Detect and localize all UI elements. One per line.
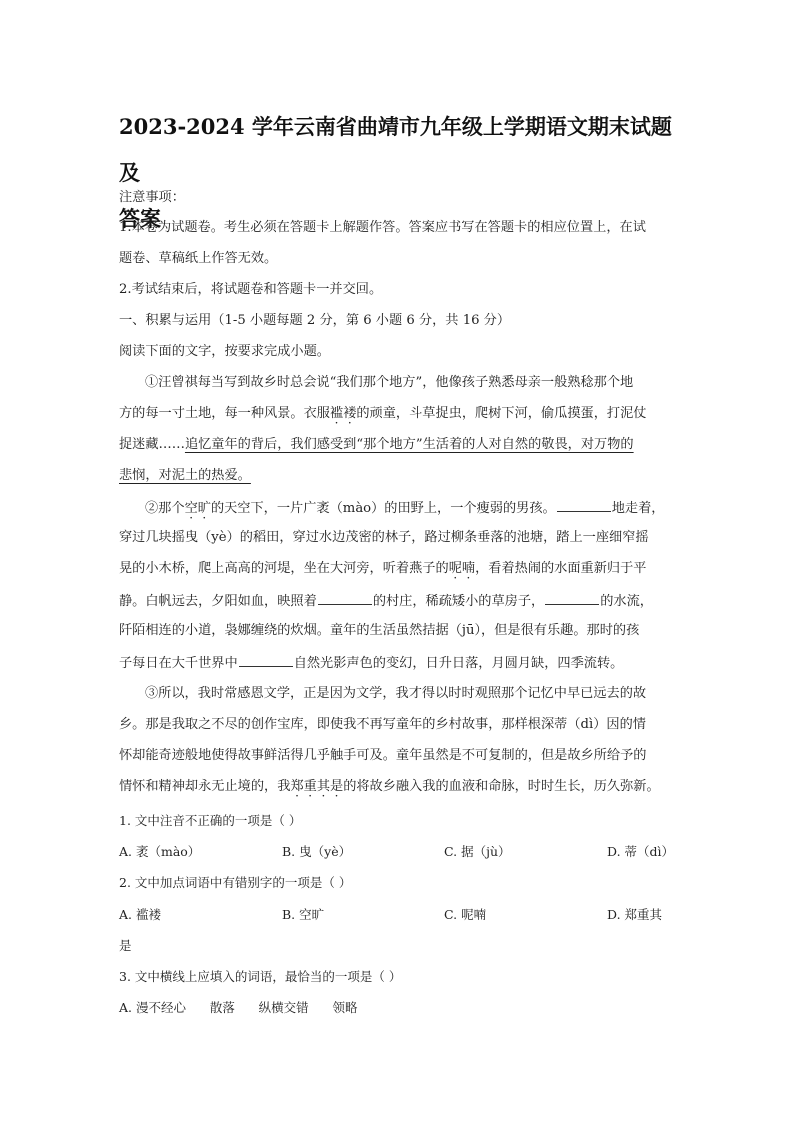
- text-span: 子每日在大千世界中: [119, 656, 238, 671]
- question-1-option-d: D. 蒂（dì）: [607, 843, 674, 861]
- emphasis-dot-char: 重: [304, 779, 317, 794]
- passage-p1-line1: ①汪曾祺每当写到故乡时总会说“我们那个地方”，他像孩子熟悉母亲一般熟稔那个地: [119, 374, 701, 392]
- question-2-option-b: B. 空旷: [282, 906, 324, 924]
- question-2-stem: 2. 文中加点词语中有错别字的一项是（ ）: [119, 874, 351, 892]
- text-span: 方的每一寸土地，每一种风景。衣服: [119, 406, 330, 421]
- notice-item-1: 1.本卷为试题卷。考生必须在答题卡上解题作答。答案应书写在答题卡的相应位置上，在…: [119, 219, 675, 237]
- text-span: 的将故乡融入我的血液和命脉，时时生长，历久弥新。: [343, 779, 660, 794]
- underlined-sentence: 悲悯，对泥土的热爱。: [119, 468, 251, 483]
- fill-blank: [545, 591, 599, 605]
- passage-p2-line5: 阡陌相连的小道，袅娜缠绕的炊烟。童年的生活虽然拮据（jū），但是很有乐趣。那时的…: [119, 622, 675, 640]
- text-span: 的村庄，稀疏矮小的草房子，: [373, 594, 544, 609]
- text-span: 捉迷藏……: [119, 437, 185, 452]
- question-3-option-a: A. 漫不经心 散落 纵横交错 领略: [119, 999, 358, 1017]
- notice-heading: 注意事项：: [119, 189, 675, 207]
- fill-blank: [557, 498, 611, 512]
- notice-item-1-cont: 题卷、草稿纸上作答无效。: [119, 250, 675, 268]
- question-1-option-a: A. 袤（mào）: [119, 843, 200, 861]
- passage-p3-line3: 怀却能奇迹般地使得故事鲜活得几乎触手可及。童年虽然是不可复制的，但是故乡所给予的: [119, 747, 675, 765]
- question-1-option-b: B. 曳（yè）: [282, 843, 351, 861]
- title-line-1: 2023-2024 学年云南省曲靖市九年级上学期语文期末试题及: [119, 104, 689, 196]
- emphasis-dot-char: 是: [330, 779, 343, 794]
- text-span: 自然光影声色的变幻，日升日落，月圆月缺，四季流转。: [294, 656, 624, 671]
- text-span: 的水流，: [600, 594, 653, 609]
- emphasis-dot-char: 呢: [449, 561, 462, 576]
- passage-p2-line3: 晃的小木桥，爬上高高的河堤，坐在大河旁，听着燕子的呢喃，看着热闹的水面重新归于平: [119, 560, 675, 578]
- notice-item-2: 2.考试结束后，将试题卷和答题卡一并交回。: [119, 281, 675, 299]
- reading-instruction: 阅读下面的文字，按要求完成小题。: [119, 343, 675, 361]
- question-2-option-d-wrap: 是: [119, 937, 132, 955]
- passage-p1-line2: 方的每一寸土地，每一种风景。衣服褴褛的顽童，斗草捉虫，爬树下河，偷瓜摸蛋，打泥仗: [119, 405, 675, 423]
- emphasis-dot-char: 郑: [290, 779, 303, 794]
- text-span: ，看着热闹的水面重新归于平: [475, 561, 646, 576]
- passage-p2-line1: ②那个空旷的天空下，一片广袤（mào）的田野上，一个瘦弱的男孩。地走着，: [119, 498, 701, 518]
- question-2-option-c: C. 呢喃: [444, 906, 486, 924]
- question-1-stem: 1. 文中注音不正确的一项是（ ）: [119, 812, 301, 830]
- passage-p3-line4: 情怀和精神却永无止境的，我郑重其是的将故乡融入我的血液和命脉，时时生长，历久弥新…: [119, 778, 675, 796]
- question-3-stem: 3. 文中横线上应填入的词语，最恰当的一项是（ ）: [119, 968, 401, 986]
- question-1-option-c: C. 据（jù）: [444, 843, 511, 861]
- emphasis-dot-char: 旷: [198, 501, 211, 516]
- passage-p2-line2: 穿过几块摇曳（yè）的稻田，穿过水边茂密的林子，路过柳条垂落的池塘，踏上一座细窄…: [119, 529, 675, 547]
- question-2-option-d: D. 郑重其: [607, 906, 662, 924]
- passage-p2-line4: 静。白帆远去，夕阳如血，映照着的村庄，稀疏矮小的草房子，的水流，: [119, 591, 675, 611]
- text-span: 的天空下，一片广袤（mào）的田野上，一个瘦弱的男孩。: [211, 501, 556, 516]
- text-span: 静。白帆远去，夕阳如血，映照着: [119, 594, 317, 609]
- emphasis-dot-char: 空: [185, 501, 198, 516]
- emphasis-dot-char: 喃: [462, 561, 475, 576]
- fill-blank: [239, 653, 293, 667]
- passage-p3-line1: ③所以，我时常感恩文学，正是因为文学，我才得以时时观照那个记忆中早已远去的故: [119, 685, 701, 703]
- text-span: 情怀和精神却永无止境的，我: [119, 779, 290, 794]
- question-2-option-a: A. 褴褛: [119, 906, 161, 924]
- emphasis-dot-char: 褛: [343, 406, 356, 421]
- text-span: 地走着，: [612, 501, 665, 516]
- emphasis-dot-char: 其: [317, 779, 330, 794]
- text-span: 的顽童，斗草捉虫，爬树下河，偷瓜摸蛋，打泥仗: [356, 406, 646, 421]
- passage-p3-line2: 乡。那是我取之不尽的创作宝库，即使我不再写童年的乡村故事，那样根深蒂（dì）因的…: [119, 716, 675, 734]
- section-heading: 一、积累与运用（1-5 小题每题 2 分，第 6 小题 6 分，共 16 分）: [119, 312, 675, 330]
- text-span: ②那个: [145, 501, 185, 516]
- passage-p2-line6: 子每日在大千世界中自然光影声色的变幻，日升日落，月圆月缺，四季流转。: [119, 653, 675, 673]
- underlined-sentence: 追忆童年的背后，我们感受到“那个地方”生活着的人对自然的敬畏，对万物的: [185, 437, 634, 452]
- passage-p1-line4: 悲悯，对泥土的热爱。: [119, 467, 675, 485]
- text-span: 晃的小木桥，爬上高高的河堤，坐在大河旁，听着燕子的: [119, 561, 449, 576]
- fill-blank: [318, 591, 372, 605]
- passage-p1-line3: 捉迷藏……追忆童年的背后，我们感受到“那个地方”生活着的人对自然的敬畏，对万物的: [119, 436, 675, 454]
- emphasis-dot-char: 褴: [330, 406, 343, 421]
